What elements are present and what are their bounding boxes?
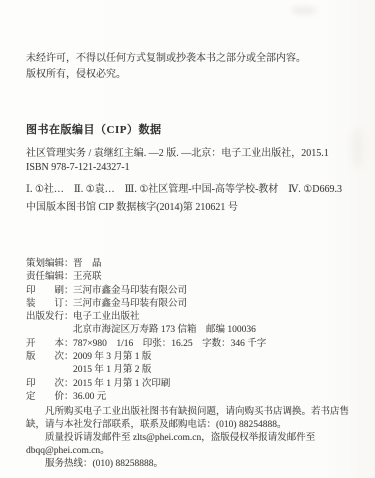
colophon-label: 印 次：	[26, 378, 73, 391]
colophon-value: 36.00 元	[73, 392, 106, 402]
scan-smudge	[291, 7, 317, 14]
colophon-label: 出版发行：	[26, 311, 73, 324]
colophon-value: 三河市鑫金马印装有限公司	[73, 299, 187, 309]
book-copyright-page: 未经许可，不得以任何方式复制或抄袭本书之部分或全部内容。 版权所有，侵权必究。 …	[0, 0, 375, 478]
cip-isbn: ISBN 978-7-121-24327-1	[26, 161, 349, 175]
cip-heading: 图书在版编目（CIP）数据	[26, 121, 349, 137]
colophon-value: 北京市海淀区万寿路 173 信箱 邮编 100036	[73, 325, 256, 335]
cip-title-line: 社区管理实务 / 袁继红主编. —2 版. —北京：电子工业出版社，2015.1	[26, 147, 349, 161]
colophon-value: 电子工业出版社	[73, 312, 140, 322]
footer-exchange-notice: 凡所购买电子工业出版社图书有缺损问题，请向购买书店调换。若书店售缺，请与本社发行…	[26, 406, 349, 432]
cip-data-block: 图书在版编目（CIP）数据 社区管理实务 / 袁继红主编. —2 版. —北京：…	[26, 121, 349, 215]
colophon-row-publisher: 出版发行：电子工业出版社	[26, 311, 349, 324]
colophon-value: 三河市鑫金马印装有限公司	[73, 286, 187, 296]
colophon-value: 2009 年 3 月第 1 版	[73, 352, 151, 362]
colophon-value: 王亮联	[73, 272, 102, 282]
colophon-row-edition-2: 2015 年 1 月第 2 版	[26, 364, 349, 377]
copyright-notice-line1: 未经许可，不得以任何方式复制或抄袭本书之部分或全部内容。	[26, 51, 349, 67]
footer-service-hotline: 服务热线：(010) 88258888。	[26, 458, 349, 471]
colophon-label: 装 订：	[26, 298, 73, 311]
colophon-row-binder: 装 订：三河市鑫金马印装有限公司	[26, 298, 349, 311]
colophon-row-format: 开 本：787×980 1/16 印张：16.25 字数：346 千字	[26, 338, 349, 351]
cip-registry-number: 中国版本图书馆 CIP 数据核字(2014)第 210621 号	[26, 200, 349, 215]
colophon-row-publisher-address: 北京市海淀区万寿路 173 信箱 邮编 100036	[26, 324, 349, 337]
footer-notices: 凡所购买电子工业出版社图书有缺损问题，请向购买书店调换。若书店售缺，请与本社发行…	[26, 406, 349, 471]
colophon-row-printer: 印 刷：三河市鑫金马印装有限公司	[26, 285, 349, 298]
colophon-row-edition: 版 次：2009 年 3 月第 1 版	[26, 351, 349, 364]
copyright-notice-line2: 版权所有，侵权必究。	[26, 67, 349, 83]
colophon-row-price: 定 价：36.00 元	[26, 391, 349, 404]
colophon-label: 版 次：	[26, 351, 73, 364]
colophon-value: 787×980 1/16 印张：16.25 字数：346 千字	[73, 339, 266, 349]
colophon-row-printing: 印 次：2015 年 1 月第 1 次印刷	[26, 378, 349, 391]
scan-smudge	[353, 128, 363, 168]
colophon-value: 2015 年 1 月第 1 次印刷	[73, 379, 170, 389]
colophon: 策划编辑：晋 晶 责任编辑：王亮联 印 刷：三河市鑫金马印装有限公司 装 订：三…	[26, 258, 349, 404]
colophon-value: 晋 晶	[73, 259, 102, 269]
footer-complaint-emails: 质量投诉请发邮件至 zlts@phei.com.cn，盗版侵权举报请发邮件至 d…	[26, 432, 349, 458]
colophon-label: 定 价：	[26, 391, 73, 404]
colophon-row-responsible-editor: 责任编辑：王亮联	[26, 271, 349, 284]
colophon-label: 责任编辑：	[26, 271, 73, 284]
colophon-value: 2015 年 1 月第 2 版	[73, 365, 151, 375]
colophon-row-planning-editor: 策划编辑：晋 晶	[26, 258, 349, 271]
colophon-label: 开 本：	[26, 338, 73, 351]
colophon-label: 策划编辑：	[26, 258, 73, 271]
colophon-label: 印 刷：	[26, 285, 73, 298]
cip-classification: Ⅰ. ①社… Ⅱ. ①袁… Ⅲ. ①社区管理-中国-高等学校-教材 Ⅳ. ①D6…	[26, 183, 349, 197]
